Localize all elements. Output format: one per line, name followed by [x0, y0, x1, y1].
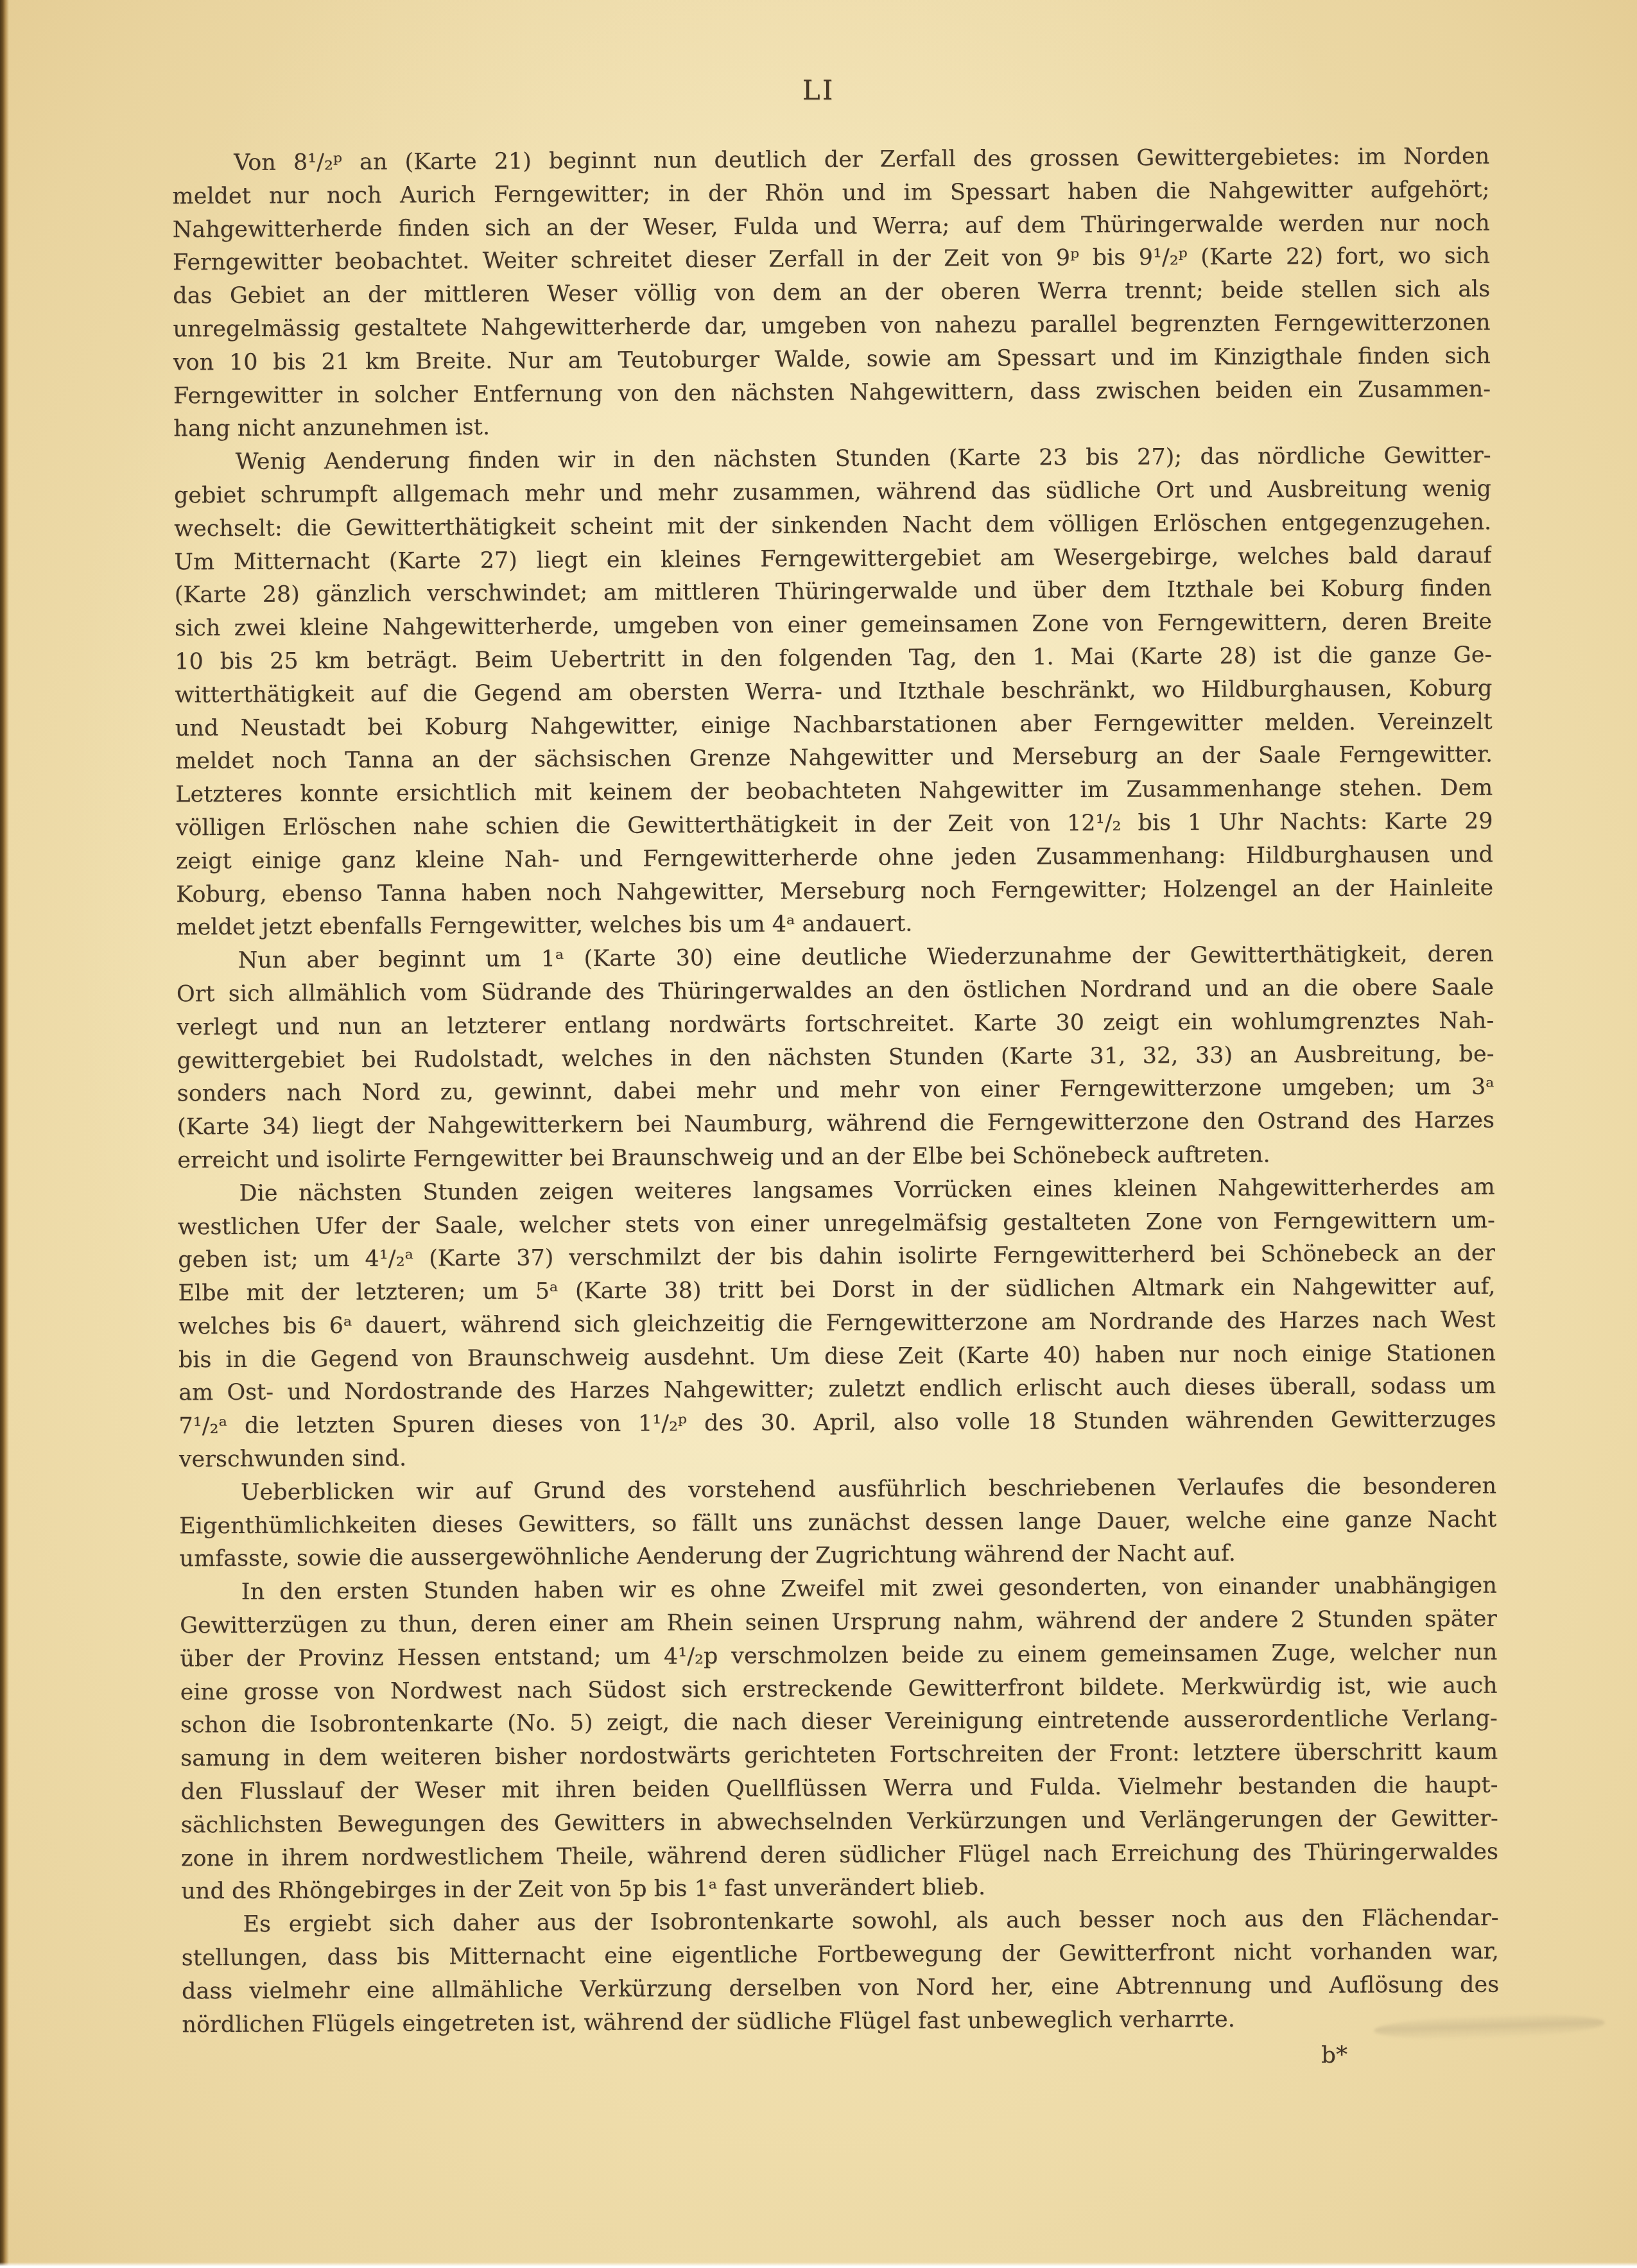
signature-mark: b*	[1321, 2042, 1347, 2068]
text-line: nördlichen Flügels eingetreten ist, währ…	[182, 2002, 1499, 2042]
text-line: dass vielmehr eine allmähliche Verkürzun…	[182, 1968, 1499, 2009]
text-line: (Karte 34) liegt der Nahgewitterkern bei…	[177, 1104, 1494, 1145]
scan-edge-bottom	[0, 2262, 1637, 2268]
scanned-page: LI Von 8¹/₂ᵖ an (Karte 21) beginnt nun d…	[0, 0, 1637, 2268]
text-line: 7¹/₂ᵃ die letzten Spuren dieses von 1¹/₂…	[178, 1404, 1496, 1444]
text-block: Von 8¹/₂ᵖ an (Karte 21) beginnt nun deut…	[172, 141, 1499, 2042]
scan-edge-left	[0, 0, 9, 2268]
page-number-header: LI	[0, 74, 1637, 106]
